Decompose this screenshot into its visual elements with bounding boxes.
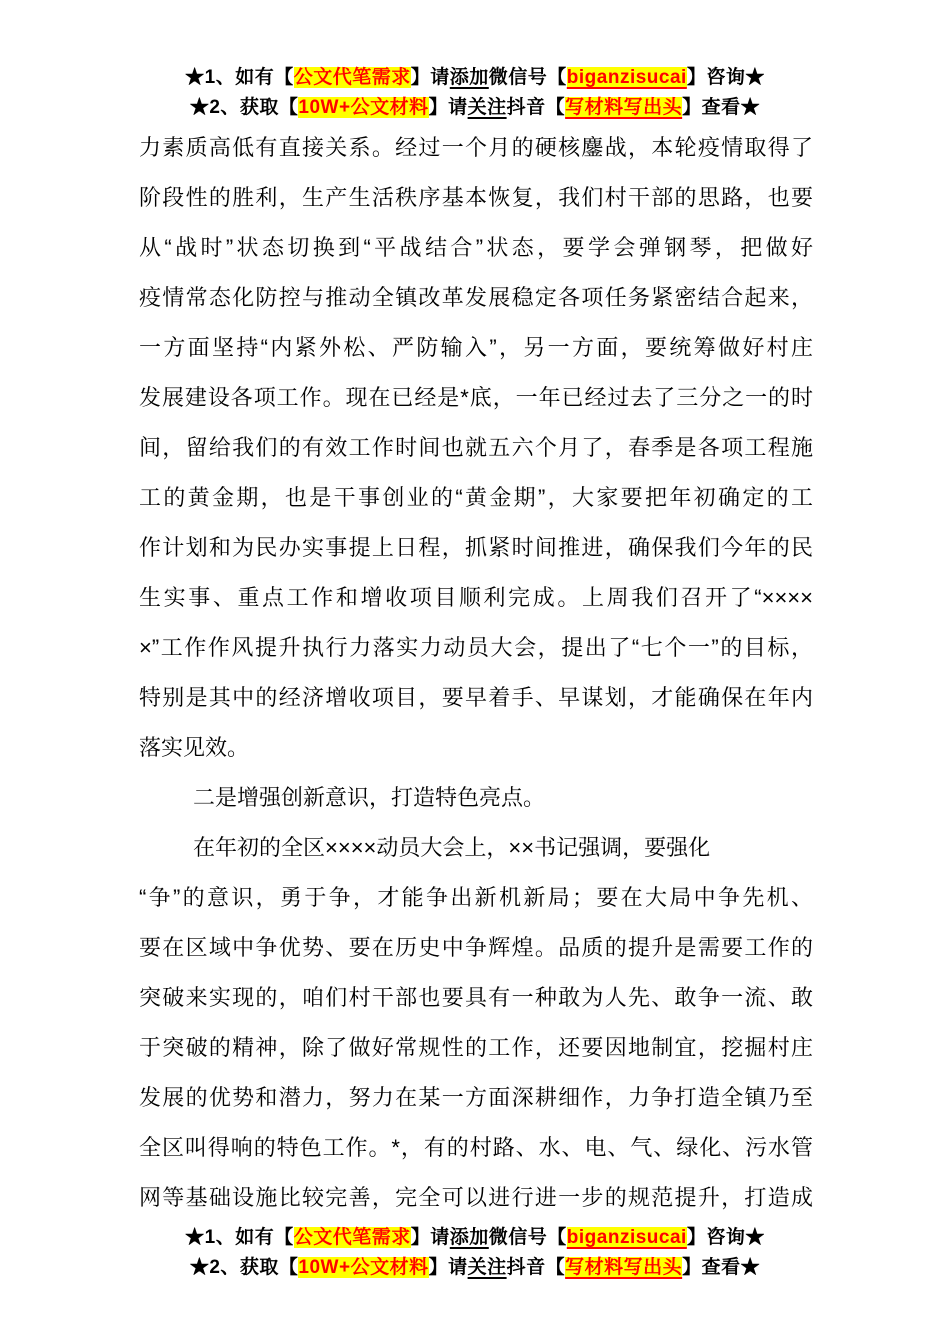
promo-suffix: 】咨询★ [687, 67, 765, 88]
document-body: 力素质高低有直接关系。经过一个月的硬核鏖战，本轮疫情取得了阶段性的胜利，生产生活… [139, 123, 813, 1223]
body-line: 生实事、重点工作和增收项目顺利完成。上周我们召开了“×××× [139, 573, 813, 623]
promo-channel-label: 微信号【 [489, 67, 567, 88]
promo-wechat-id: biganzisucai [567, 67, 687, 88]
promo-channel-label: 抖音【 [507, 1257, 566, 1278]
promo-service-offer: 公文代笔需求 [294, 1227, 411, 1248]
promo-action-follow: 关注 [468, 1257, 507, 1278]
promo-prefix: ★1、如有【 [185, 67, 294, 88]
body-line: 作计划和为民办实事提上日程，抓紧时间推进，确保我们今年的民 [139, 523, 813, 573]
body-line: 二是增强创新意识，打造特色亮点。 [139, 773, 813, 823]
body-line: 发展建设各项工作。现在已经是*底，一年已经过去了三分之一的时 [139, 373, 813, 423]
body-line: 全区叫得响的特色工作。*，有的村路、水、电、气、绿化、污水管 [139, 1123, 813, 1173]
promo-material-offer: 10W+公文材料 [298, 1257, 428, 1278]
promo-connector: 】请 [411, 67, 450, 88]
body-line: 在年初的全区××××动员大会上，××书记强调，要强化 [139, 823, 813, 873]
promo-suffix: 】查看★ [682, 97, 760, 118]
body-line: 特别是其中的经济增收项目，要早着手、早谋划，才能确保在年内 [139, 673, 813, 723]
body-line: 要在区域中争优势、要在历史中争辉煌。品质的提升是需要工作的 [139, 923, 813, 973]
promo-prefix: ★2、获取【 [190, 1257, 299, 1278]
body-line: 于突破的精神，除了做好常规性的工作，还要因地制宜，挖掘村庄 [139, 1023, 813, 1073]
body-line: 工的黄金期，也是干事创业的“黄金期”，大家要把年初确定的工 [139, 473, 813, 523]
promo-action-add: 添加 [450, 67, 489, 88]
promo-banner-top: ★1、如有【公文代笔需求】请添加微信号【biganzisucai】咨询★★2、获… [0, 0, 950, 123]
promo-wechat-id: biganzisucai [567, 1227, 687, 1248]
body-line: 突破来实现的，咱们村干部也要具有一种敢为人先、敢争一流、敢 [139, 973, 813, 1023]
promo-connector: 】请 [429, 1257, 468, 1278]
promo-suffix: 】查看★ [682, 1257, 760, 1278]
promo-material-offer: 10W+公文材料 [298, 97, 428, 118]
promo-action-follow: 关注 [468, 97, 507, 118]
promo-service-offer: 公文代笔需求 [294, 67, 411, 88]
body-line: ×”工作作风提升执行力落实力动员大会，提出了“七个一”的目标， [139, 623, 813, 673]
promo-prefix: ★2、获取【 [190, 97, 299, 118]
promo-line: ★2、获取【10W+公文材料】请关注抖音【写材料写出头】查看★ [0, 1253, 950, 1283]
body-line: “争”的意识，勇于争，才能争出新机新局；要在大局中争先机、 [139, 873, 813, 923]
body-line: 力素质高低有直接关系。经过一个月的硬核鏖战，本轮疫情取得了 [139, 123, 813, 173]
promo-prefix: ★1、如有【 [185, 1227, 294, 1248]
promo-douyin-name: 写材料写出头 [565, 97, 682, 118]
body-line: 一方面坚持“内紧外松、严防输入”，另一方面，要统筹做好村庄 [139, 323, 813, 373]
body-line: 网等基础设施比较完善，完全可以进行进一步的规范提升，打造成 [139, 1173, 813, 1223]
promo-line: ★2、获取【10W+公文材料】请关注抖音【写材料写出头】查看★ [0, 93, 950, 123]
promo-line: ★1、如有【公文代笔需求】请添加微信号【biganzisucai】咨询★ [0, 1223, 950, 1253]
body-line: 阶段性的胜利，生产生活秩序基本恢复，我们村干部的思路，也要 [139, 173, 813, 223]
promo-connector: 】请 [411, 1227, 450, 1248]
promo-line: ★1、如有【公文代笔需求】请添加微信号【biganzisucai】咨询★ [0, 63, 950, 93]
promo-banner-bottom: ★1、如有【公文代笔需求】请添加微信号【biganzisucai】咨询★★2、获… [0, 1223, 950, 1283]
promo-channel-label: 抖音【 [507, 97, 566, 118]
body-line: 间，留给我们的有效工作时间也就五六个月了，春季是各项工程施 [139, 423, 813, 473]
document-page: ★1、如有【公文代笔需求】请添加微信号【biganzisucai】咨询★★2、获… [0, 0, 950, 1344]
promo-channel-label: 微信号【 [489, 1227, 567, 1248]
promo-douyin-name: 写材料写出头 [565, 1257, 682, 1278]
promo-suffix: 】咨询★ [687, 1227, 765, 1248]
promo-action-add: 添加 [450, 1227, 489, 1248]
body-line: 发展的优势和潜力，努力在某一方面深耕细作，力争打造全镇乃至 [139, 1073, 813, 1123]
body-line: 疫情常态化防控与推动全镇改革发展稳定各项任务紧密结合起来， [139, 273, 813, 323]
promo-connector: 】请 [429, 97, 468, 118]
body-line: 落实见效。 [139, 723, 813, 773]
body-line: 从“战时”状态切换到“平战结合”状态，要学会弹钢琴，把做好 [139, 223, 813, 273]
